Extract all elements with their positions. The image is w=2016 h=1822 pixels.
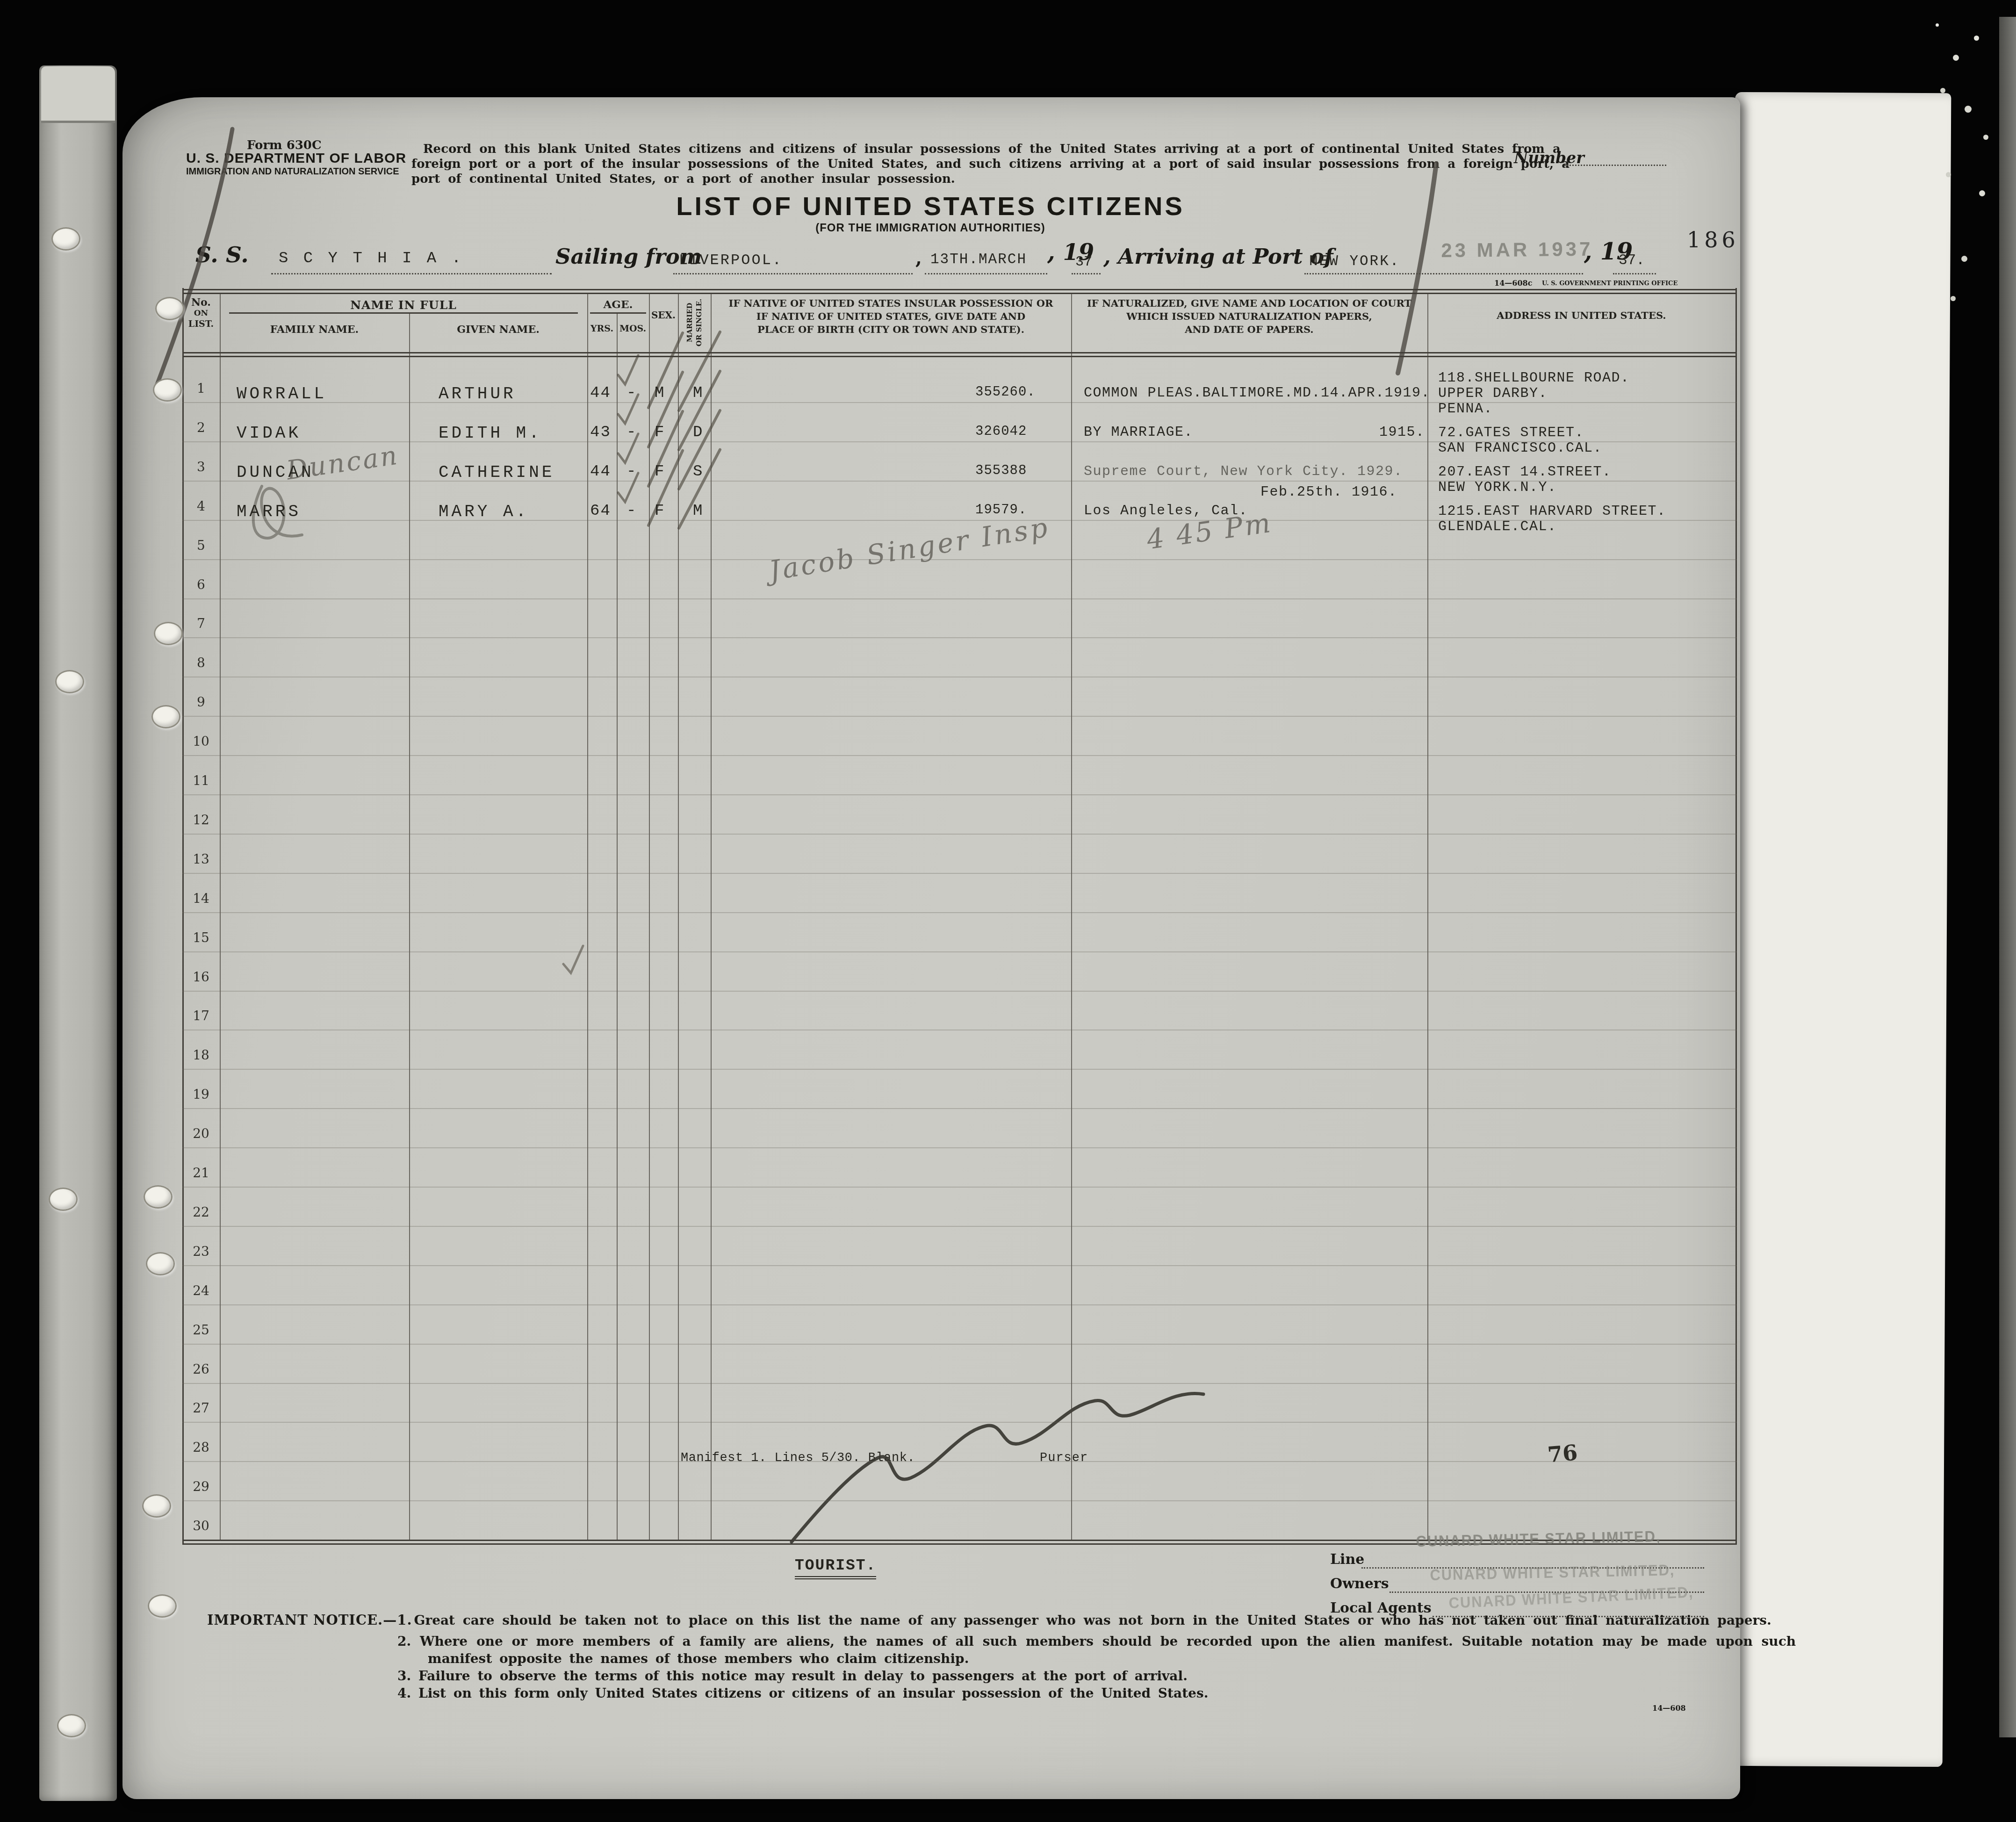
row-given-name: MARY A. <box>439 502 529 521</box>
notice-text-4: 4. List on this form only United States … <box>397 1685 1208 1701</box>
punch-hole <box>142 1494 171 1518</box>
row-given-name: ARTHUR <box>439 384 516 403</box>
row-number: 26 <box>182 1361 220 1377</box>
table-rule-1 <box>182 293 1737 294</box>
col-given-label: GIVEN NAME. <box>409 324 587 336</box>
row-naturalization-date: Feb.25th. 1916. <box>1260 484 1397 500</box>
row-number: 27 <box>182 1400 220 1416</box>
instructions-line-2: foreign port or a port of the insular po… <box>411 157 1570 171</box>
row-line <box>182 873 1737 874</box>
row-line <box>182 402 1737 403</box>
row-naturalization: Los Angleles, Cal. <box>1084 503 1248 519</box>
purser-label: Purser <box>1040 1451 1088 1465</box>
row-given-name: EDITH M. <box>439 424 542 443</box>
row-number: 22 <box>182 1204 220 1220</box>
row-certificate-number: 355260. <box>975 384 1036 400</box>
arrival-year-value: 37. <box>1619 252 1645 269</box>
row-number: 7 <box>182 616 220 631</box>
table-border-left <box>182 288 184 1545</box>
row-number: 28 <box>182 1440 220 1455</box>
col-naturalized-label-3: AND DATE OF PAPERS. <box>1071 324 1427 335</box>
column-line <box>711 293 712 1540</box>
or-single-text: OR SINGLE. <box>695 294 703 352</box>
row-number: 12 <box>182 812 220 828</box>
col-address-label: ADDRESS IN UNITED STATES. <box>1427 310 1735 321</box>
col-naturalized-label-1: IF NATURALIZED, GIVE NAME AND LOCATION O… <box>1071 297 1427 309</box>
row-age-years: 44 <box>590 384 611 402</box>
row-line <box>182 1187 1737 1188</box>
form-subtitle: (FOR THE IMMIGRATION AUTHORITIES) <box>617 222 1244 235</box>
notice-text-3: 3. Failure to observe the terms of this … <box>397 1668 1188 1684</box>
column-subline <box>617 312 618 1540</box>
photo-edge-band <box>1999 17 2016 1737</box>
row-number: 23 <box>182 1244 220 1259</box>
row-family-name: VIDAK <box>237 424 301 443</box>
arrival-year-line <box>1613 273 1656 274</box>
row-marital-status: S <box>693 463 702 481</box>
col-birth-label-1: IF NATIVE OF UNITED STATES INSULAR POSSE… <box>711 297 1071 309</box>
column-line <box>649 293 650 1540</box>
row-line <box>182 1304 1737 1305</box>
row-marital-status: M <box>693 502 702 520</box>
row-address-line: 118.SHELLBOURNE ROAD. <box>1438 370 1630 386</box>
class-label-tourist: TOURIST. <box>795 1557 876 1579</box>
row-line <box>182 1383 1737 1384</box>
col-naturalized-label-2: WHICH ISSUED NATURALIZATION PAPERS, <box>1071 310 1427 322</box>
row-number: 24 <box>182 1283 220 1298</box>
row-number: 3 <box>182 459 220 475</box>
owners-label: Owners <box>1330 1576 1389 1592</box>
row-address-line: SAN FRANCISCO.CAL. <box>1438 440 1602 456</box>
service-name: IMMIGRATION AND NATURALIZATION SERVICE <box>186 166 399 177</box>
column-line <box>1071 293 1072 1540</box>
punch-hole <box>49 1188 78 1211</box>
row-number: 2 <box>182 420 220 435</box>
row-number: 18 <box>182 1047 220 1063</box>
row-naturalization-year: 1915. <box>1379 425 1425 440</box>
row-line <box>182 677 1737 677</box>
row-number: 9 <box>182 694 220 710</box>
punch-hole <box>144 1185 173 1209</box>
col-name-label: NAME IN FULL <box>220 298 587 312</box>
departure-port-value: LIVERPOOL. <box>679 252 783 269</box>
punch-hole <box>51 227 80 251</box>
row-sex: F <box>655 424 664 441</box>
row-line <box>182 1108 1737 1109</box>
punch-hole <box>57 1714 86 1737</box>
ship-name-line <box>271 273 552 274</box>
name-header-rule <box>229 312 578 314</box>
row-line <box>182 1344 1737 1345</box>
arrival-port-value: NEW YORK. <box>1309 253 1400 270</box>
row-marital-status: M <box>693 384 702 402</box>
row-marital-status: D <box>693 424 702 441</box>
ship-name-value: S C Y T H I A . <box>279 250 464 267</box>
row-address-line: 207.EAST 14.STREET. <box>1438 464 1612 480</box>
row-line <box>182 1030 1737 1030</box>
row-number: 25 <box>182 1322 220 1338</box>
row-address-line: 72.GATES STREET. <box>1438 425 1584 441</box>
married-text: MARRIED <box>685 294 694 352</box>
separator-comma: , <box>915 247 922 269</box>
row-number: 14 <box>182 891 220 906</box>
page-stack-top-edge <box>41 66 115 123</box>
row-line <box>182 1461 1737 1462</box>
manifest-blank-note: Manifest 1. Lines 5/30. Blank. <box>681 1451 915 1465</box>
row-line <box>182 1422 1737 1423</box>
row-number: 15 <box>182 930 220 945</box>
row-certificate-number: 19579. <box>975 502 1027 518</box>
row-address-line: UPPER DARBY. <box>1438 386 1548 402</box>
table-rule-0 <box>182 289 1737 290</box>
row-number: 17 <box>182 1008 220 1023</box>
row-age-years: 44 <box>590 463 611 481</box>
row-line <box>182 991 1737 992</box>
row-number: 30 <box>182 1518 220 1534</box>
row-address-line: PENNA. <box>1438 401 1493 417</box>
row-given-name: CATHERINE <box>439 463 554 482</box>
col-yrs-label: YRS. <box>587 324 617 334</box>
row-address-line: GLENDALE.CAL. <box>1438 519 1557 535</box>
punch-hole <box>154 622 183 645</box>
column-line <box>1427 293 1428 1540</box>
column-subline <box>409 312 410 1540</box>
row-certificate-number: 326042 <box>975 424 1027 439</box>
film-speckles <box>1936 23 1939 27</box>
row-line <box>182 637 1737 638</box>
notice-text-2b: manifest opposite the names of those mem… <box>428 1651 969 1666</box>
row-naturalization: Supreme Court, New York City. 1929. <box>1084 464 1403 480</box>
arrival-port-line <box>1304 273 1583 274</box>
departure-port-line <box>673 273 913 274</box>
line-label: Line <box>1330 1551 1364 1568</box>
arriving-label: , Arriving at Port of <box>1103 244 1333 269</box>
important-notice-line-1: IMPORTANT NOTICE.—1. Great care should b… <box>207 1612 1771 1628</box>
sailing-year-value: 37 <box>1075 254 1092 270</box>
row-age-years: 43 <box>590 424 611 441</box>
row-age-months: - <box>626 502 636 520</box>
row-line <box>182 834 1737 835</box>
punch-hole <box>55 670 84 693</box>
row-number: 6 <box>182 577 220 592</box>
row-number: 11 <box>182 773 220 788</box>
row-naturalization: COMMON PLEAS.BALTIMORE.MD.14.APR.1919. <box>1084 385 1430 401</box>
row-number: 19 <box>182 1087 220 1102</box>
row-age-months: - <box>626 463 636 481</box>
print-code-footer: 14—608 <box>1652 1704 1686 1713</box>
sailing-date-line <box>925 273 1047 274</box>
row-number: 16 <box>182 969 220 985</box>
form-title: LIST OF UNITED STATES CITIZENS <box>617 191 1244 221</box>
row-line <box>182 951 1737 952</box>
row-line <box>182 1147 1737 1148</box>
col-age-label: AGE. <box>587 298 649 311</box>
notice-text-1: Great care should be taken not to place … <box>414 1613 1771 1628</box>
row-line <box>182 1069 1737 1070</box>
underlying-blank-page <box>1727 92 1951 1767</box>
row-line <box>182 1265 1737 1266</box>
instructions-line-1: Record on this blank United States citiz… <box>423 142 1561 156</box>
row-line <box>182 1500 1737 1501</box>
row-number: 4 <box>182 498 220 514</box>
col-no-label-3: LIST. <box>182 319 220 329</box>
row-sex: F <box>655 463 664 481</box>
sailing-date-value: 13TH.MARCH <box>930 252 1027 268</box>
row-family-name: MARRS <box>237 502 301 521</box>
number-blank-line <box>1564 165 1666 166</box>
row-age-years: 64 <box>590 502 611 520</box>
row-line <box>182 912 1737 913</box>
age-header-rule <box>590 312 646 314</box>
punch-hole <box>146 1252 175 1275</box>
ss-label: S. S. <box>195 242 249 268</box>
row-number: 8 <box>182 655 220 670</box>
stamp-number-76: 76 <box>1547 1440 1578 1467</box>
row-naturalization: BY MARRIAGE. <box>1084 425 1193 440</box>
punch-hole <box>148 1594 177 1618</box>
gpo-label: U. S. GOVERNMENT PRINTING OFFICE <box>1542 280 1678 287</box>
col-family-label: FAMILY NAME. <box>220 324 409 336</box>
department-name: U. S. DEPARTMENT OF LABOR <box>186 151 406 166</box>
col-birth-label-2: IF NATIVE OF UNITED STATES, GIVE DATE AN… <box>711 310 1071 322</box>
arrival-date-stamp: 23 MAR 1937 <box>1441 238 1593 262</box>
sailing-year-line <box>1072 273 1101 274</box>
row-age-months: - <box>626 384 636 402</box>
col-no-label-2: ON <box>182 309 220 318</box>
row-certificate-number: 355388 <box>975 463 1027 478</box>
col-birth-label-3: PLACE OF BIRTH (CITY OR TOWN AND STATE). <box>711 324 1071 335</box>
punch-hole <box>151 705 180 728</box>
row-line <box>182 1226 1737 1227</box>
col-married-label: MARRIED OR SINGLE. <box>679 294 710 352</box>
col-no-label-1: No. <box>182 296 220 309</box>
row-number: 29 <box>182 1479 220 1494</box>
bound-page-stack-edge <box>39 65 117 1801</box>
col-mos-label: MOS. <box>617 324 649 334</box>
row-age-months: - <box>626 424 636 441</box>
important-notice-label: IMPORTANT NOTICE.—1. <box>207 1612 412 1628</box>
row-line <box>182 716 1737 717</box>
row-number: 21 <box>182 1165 220 1181</box>
table-rule-3 <box>182 356 1737 357</box>
row-line <box>182 598 1737 599</box>
row-number: 13 <box>182 851 220 867</box>
row-line <box>182 559 1737 560</box>
instructions-line-3: port of continental United States, or a … <box>411 172 955 186</box>
row-address-line: NEW YORK.N.Y. <box>1438 480 1557 496</box>
print-code-header: 14—608c <box>1494 279 1532 288</box>
column-line <box>587 293 588 1540</box>
row-sex: F <box>655 502 664 520</box>
row-family-name: WORRALL <box>237 384 327 403</box>
row-number: 5 <box>182 538 220 553</box>
scanned-manifest-photo: Form 630C U. S. DEPARTMENT OF LABOR IMMI… <box>0 0 2016 1822</box>
row-family-name: DUNCAN <box>237 463 314 482</box>
table-border-right <box>1735 288 1737 1545</box>
punch-hole <box>153 378 182 402</box>
table-rule-2 <box>182 352 1737 353</box>
page-number: 186 <box>1687 227 1739 252</box>
row-number: 20 <box>182 1126 220 1141</box>
notice-text-2: 2. Where one or more members of a family… <box>397 1634 1796 1649</box>
row-number: 1 <box>182 381 220 396</box>
row-address-line: 1215.EAST HARVARD STREET. <box>1438 504 1666 519</box>
punch-hole <box>155 297 184 320</box>
row-line <box>182 794 1737 795</box>
column-line <box>220 293 221 1540</box>
row-sex: M <box>655 384 664 402</box>
col-sex-label: SEX. <box>649 310 678 321</box>
row-line <box>182 755 1737 756</box>
column-line <box>678 293 679 1540</box>
row-number: 10 <box>182 734 220 749</box>
